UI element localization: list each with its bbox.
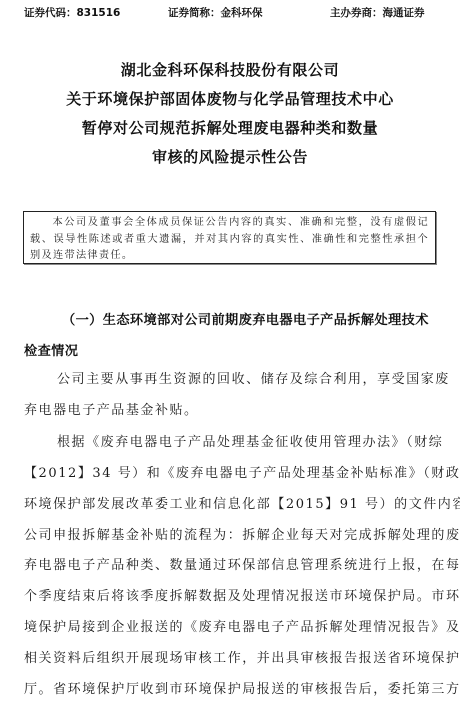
- body-paragraph-1-line-2: 弃电器电子产品基金补贴。: [24, 402, 438, 420]
- body-paragraph-2-line-8: 相关资料后组织开展现场审核工作，并出具审核报告报送省环境保护: [24, 650, 438, 668]
- body-paragraph-2-line-3: 环境保护部发展改革委工业和信息化部【2015】91 号）的文件内容，: [24, 496, 438, 514]
- title-line-2: 关于环境保护部固体废物与化学品管理技术中心: [0, 85, 460, 114]
- section-heading-line-1: （一）生态环境部对公司前期废弃电器电子产品拆解处理技术: [62, 309, 460, 328]
- body-paragraph-2-line-2: 【2012】34 号）和《废弃电器电子产品处理基金补贴标准》（财政部: [24, 465, 438, 483]
- announcement-header: 证券代码：831516 证券简称：金科环保 主办券商：海通证券: [0, 5, 460, 21]
- title-line-4: 审核的风险提示性公告: [0, 143, 460, 172]
- body-paragraph-2-line-7: 境保护局接到企业报送的《废弃电器电子产品拆解处理情况报告》及: [24, 619, 438, 637]
- disclaimer-line-2: 载、误导性陈述或者重大遗漏，并对其内容的真实性、准确性和完整性承担: [30, 234, 418, 245]
- title-line-company: 湖北金科环保科技股份有限公司: [0, 56, 460, 85]
- stock-abbreviation: 证券简称：金科环保: [168, 5, 263, 21]
- body-paragraph-2-line-4: 公司申报拆解基金补贴的流程为：拆解企业每天对完成拆解处理的废: [24, 527, 438, 545]
- body-paragraph-2-line-9: 厅。省环境保护厅收到市环境保护局报送的审核报告后，委托第三方: [24, 681, 438, 699]
- board-disclaimer-box: 本公司及董事会全体成员保证公告内容的真实、准确和完整，没有虚假记载、误导性陈述或…: [23, 211, 436, 264]
- section-heading-line-2: 检查情况: [24, 340, 436, 359]
- title-line-3: 暂停对公司规范拆解处理废电器种类和数量: [0, 114, 460, 143]
- disclaimer-line-1: 本公司及董事会全体成员保证公告内容的真实、准确和完整，没有虚假记: [52, 217, 429, 228]
- body-paragraph-2-line-1: 根据《废弃电器电子产品处理基金征收使用管理办法》（财综: [57, 434, 460, 452]
- document-title: 湖北金科环保科技股份有限公司 关于环境保护部固体废物与化学品管理技术中心 暂停对…: [0, 56, 460, 172]
- body-paragraph-2-line-5: 弃电器电子产品种类、数量通过环保部信息管理系统进行上报，在每: [24, 557, 438, 575]
- stock-code: 证券代码：831516: [24, 5, 120, 21]
- body-paragraph-1-line-1: 公司主要从事再生资源的回收、储存及综合利用，享受国家废: [57, 371, 460, 389]
- body-paragraph-2-line-6: 个季度结束后将该季度拆解数据及处理情况报送市环境保护局。市环: [24, 588, 438, 606]
- sponsor-broker: 主办券商：海通证券: [330, 5, 425, 21]
- disclaimer-text: 本公司及董事会全体成员保证公告内容的真实、准确和完整，没有虚假记载、误导性陈述或…: [30, 215, 429, 265]
